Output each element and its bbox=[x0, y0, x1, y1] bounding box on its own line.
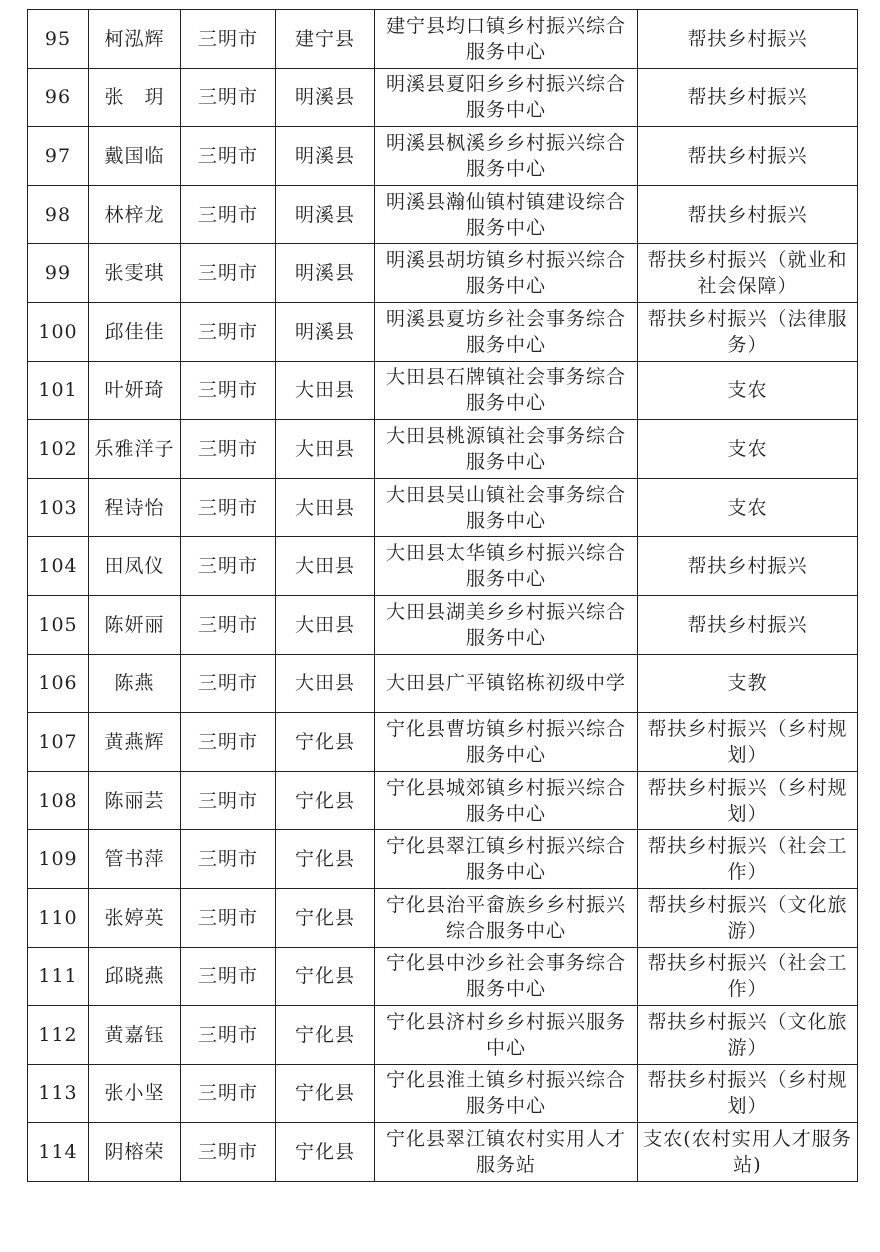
cell-city: 三明市 bbox=[181, 947, 276, 1006]
table-row: 106 陈燕 三明市 大田县 大田县广平镇铭栋初级中学 支教 bbox=[28, 654, 858, 713]
table-row: 97 戴国临 三明市 明溪县 明溪县枫溪乡乡村振兴综合服务中心 帮扶乡村振兴 bbox=[28, 127, 858, 186]
cell-service-unit: 大田县太华镇乡村振兴综合服务中心 bbox=[375, 537, 638, 596]
cell-service-unit: 大田县吴山镇社会事务综合服务中心 bbox=[375, 478, 638, 537]
cell-service-post: 帮扶乡村振兴（社会工作） bbox=[638, 830, 858, 889]
cell-service-post: 支农 bbox=[638, 478, 858, 537]
cell-service-unit: 宁化县治平畲族乡乡村振兴综合服务中心 bbox=[375, 888, 638, 947]
cell-serial-number: 104 bbox=[28, 537, 89, 596]
cell-service-post: 支农 bbox=[638, 361, 858, 420]
cell-service-post: 帮扶乡村振兴 bbox=[638, 595, 858, 654]
cell-county: 宁化县 bbox=[276, 713, 375, 772]
cell-name: 张雯琪 bbox=[89, 244, 181, 303]
cell-name: 陈妍丽 bbox=[89, 595, 181, 654]
table-row: 95 柯泓辉 三明市 建宁县 建宁县均口镇乡村振兴综合服务中心 帮扶乡村振兴 bbox=[28, 10, 858, 69]
table-row: 98 林梓龙 三明市 明溪县 明溪县瀚仙镇村镇建设综合服务中心 帮扶乡村振兴 bbox=[28, 185, 858, 244]
table-row: 109 管书萍 三明市 宁化县 宁化县翠江镇乡村振兴综合服务中心 帮扶乡村振兴（… bbox=[28, 830, 858, 889]
cell-serial-number: 98 bbox=[28, 185, 89, 244]
cell-city: 三明市 bbox=[181, 595, 276, 654]
cell-name: 叶妍琦 bbox=[89, 361, 181, 420]
cell-city: 三明市 bbox=[181, 420, 276, 479]
table-row: 114 阴榕荣 三明市 宁化县 宁化县翠江镇农村实用人才服务站 支农(农村实用人… bbox=[28, 1123, 858, 1182]
cell-service-unit: 明溪县夏阳乡乡村振兴综合服务中心 bbox=[375, 68, 638, 127]
cell-county: 明溪县 bbox=[276, 185, 375, 244]
cell-name: 阴榕荣 bbox=[89, 1123, 181, 1182]
cell-county: 大田县 bbox=[276, 361, 375, 420]
cell-serial-number: 114 bbox=[28, 1123, 89, 1182]
table-row: 102 乐雅洋子 三明市 大田县 大田县桃源镇社会事务综合服务中心 支农 bbox=[28, 420, 858, 479]
cell-county: 明溪县 bbox=[276, 302, 375, 361]
cell-service-unit: 建宁县均口镇乡村振兴综合服务中心 bbox=[375, 10, 638, 69]
cell-service-unit: 宁化县城郊镇乡村振兴综合服务中心 bbox=[375, 771, 638, 830]
table-row: 113 张小坚 三明市 宁化县 宁化县淮土镇乡村振兴综合服务中心 帮扶乡村振兴（… bbox=[28, 1064, 858, 1123]
cell-county: 宁化县 bbox=[276, 888, 375, 947]
cell-name: 程诗怡 bbox=[89, 478, 181, 537]
cell-city: 三明市 bbox=[181, 127, 276, 186]
cell-city: 三明市 bbox=[181, 1006, 276, 1065]
cell-service-unit: 宁化县济村乡乡村振兴服务中心 bbox=[375, 1006, 638, 1065]
cell-county: 宁化县 bbox=[276, 830, 375, 889]
cell-service-unit: 大田县石牌镇社会事务综合服务中心 bbox=[375, 361, 638, 420]
cell-serial-number: 111 bbox=[28, 947, 89, 1006]
cell-name: 张婷英 bbox=[89, 888, 181, 947]
cell-service-unit: 大田县桃源镇社会事务综合服务中心 bbox=[375, 420, 638, 479]
cell-service-post: 帮扶乡村振兴（法律服务） bbox=[638, 302, 858, 361]
cell-service-post: 帮扶乡村振兴（文化旅游） bbox=[638, 888, 858, 947]
cell-name: 黄嘉钰 bbox=[89, 1006, 181, 1065]
table-row: 111 邱晓燕 三明市 宁化县 宁化县中沙乡社会事务综合服务中心 帮扶乡村振兴（… bbox=[28, 947, 858, 1006]
cell-name: 黄燕辉 bbox=[89, 713, 181, 772]
cell-city: 三明市 bbox=[181, 537, 276, 596]
cell-service-unit: 宁化县翠江镇乡村振兴综合服务中心 bbox=[375, 830, 638, 889]
cell-serial-number: 95 bbox=[28, 10, 89, 69]
cell-serial-number: 107 bbox=[28, 713, 89, 772]
cell-service-post: 帮扶乡村振兴 bbox=[638, 185, 858, 244]
cell-city: 三明市 bbox=[181, 361, 276, 420]
cell-city: 三明市 bbox=[181, 1064, 276, 1123]
cell-name: 柯泓辉 bbox=[89, 10, 181, 69]
cell-serial-number: 110 bbox=[28, 888, 89, 947]
cell-name: 邱晓燕 bbox=[89, 947, 181, 1006]
cell-county: 宁化县 bbox=[276, 771, 375, 830]
cell-serial-number: 109 bbox=[28, 830, 89, 889]
cell-name: 陈丽芸 bbox=[89, 771, 181, 830]
cell-serial-number: 96 bbox=[28, 68, 89, 127]
cell-city: 三明市 bbox=[181, 888, 276, 947]
cell-name: 张小坚 bbox=[89, 1064, 181, 1123]
cell-service-unit: 宁化县翠江镇农村实用人才服务站 bbox=[375, 1123, 638, 1182]
table-row: 101 叶妍琦 三明市 大田县 大田县石牌镇社会事务综合服务中心 支农 bbox=[28, 361, 858, 420]
cell-service-unit: 明溪县枫溪乡乡村振兴综合服务中心 bbox=[375, 127, 638, 186]
cell-serial-number: 103 bbox=[28, 478, 89, 537]
cell-county: 宁化县 bbox=[276, 1123, 375, 1182]
cell-name: 乐雅洋子 bbox=[89, 420, 181, 479]
cell-name: 张 玥 bbox=[89, 68, 181, 127]
cell-service-post: 帮扶乡村振兴（文化旅游） bbox=[638, 1006, 858, 1065]
cell-city: 三明市 bbox=[181, 68, 276, 127]
cell-service-unit: 明溪县夏坊乡社会事务综合服务中心 bbox=[375, 302, 638, 361]
cell-city: 三明市 bbox=[181, 244, 276, 303]
cell-service-post: 支教 bbox=[638, 654, 858, 713]
cell-city: 三明市 bbox=[181, 713, 276, 772]
table-row: 110 张婷英 三明市 宁化县 宁化县治平畲族乡乡村振兴综合服务中心 帮扶乡村振… bbox=[28, 888, 858, 947]
table-row: 105 陈妍丽 三明市 大田县 大田县湖美乡乡村振兴综合服务中心 帮扶乡村振兴 bbox=[28, 595, 858, 654]
table-row: 100 邱佳佳 三明市 明溪县 明溪县夏坊乡社会事务综合服务中心 帮扶乡村振兴（… bbox=[28, 302, 858, 361]
cell-service-unit: 宁化县中沙乡社会事务综合服务中心 bbox=[375, 947, 638, 1006]
table-row: 96 张 玥 三明市 明溪县 明溪县夏阳乡乡村振兴综合服务中心 帮扶乡村振兴 bbox=[28, 68, 858, 127]
cell-serial-number: 99 bbox=[28, 244, 89, 303]
cell-service-post: 支农 bbox=[638, 420, 858, 479]
cell-name: 陈燕 bbox=[89, 654, 181, 713]
table-row: 103 程诗怡 三明市 大田县 大田县吴山镇社会事务综合服务中心 支农 bbox=[28, 478, 858, 537]
cell-service-post: 帮扶乡村振兴 bbox=[638, 68, 858, 127]
cell-county: 明溪县 bbox=[276, 127, 375, 186]
cell-county: 大田县 bbox=[276, 595, 375, 654]
cell-service-post: 帮扶乡村振兴（就业和社会保障） bbox=[638, 244, 858, 303]
cell-city: 三明市 bbox=[181, 771, 276, 830]
cell-county: 明溪县 bbox=[276, 68, 375, 127]
cell-serial-number: 108 bbox=[28, 771, 89, 830]
cell-service-post: 帮扶乡村振兴 bbox=[638, 10, 858, 69]
cell-name: 管书萍 bbox=[89, 830, 181, 889]
cell-service-post: 帮扶乡村振兴（乡村规划） bbox=[638, 1064, 858, 1123]
cell-service-post: 帮扶乡村振兴（乡村规划） bbox=[638, 713, 858, 772]
cell-county: 大田县 bbox=[276, 478, 375, 537]
cell-city: 三明市 bbox=[181, 10, 276, 69]
cell-name: 田凤仪 bbox=[89, 537, 181, 596]
cell-county: 明溪县 bbox=[276, 244, 375, 303]
cell-county: 大田县 bbox=[276, 420, 375, 479]
table-row: 104 田凤仪 三明市 大田县 大田县太华镇乡村振兴综合服务中心 帮扶乡村振兴 bbox=[28, 537, 858, 596]
cell-name: 邱佳佳 bbox=[89, 302, 181, 361]
cell-serial-number: 112 bbox=[28, 1006, 89, 1065]
cell-city: 三明市 bbox=[181, 302, 276, 361]
table-row: 108 陈丽芸 三明市 宁化县 宁化县城郊镇乡村振兴综合服务中心 帮扶乡村振兴（… bbox=[28, 771, 858, 830]
cell-serial-number: 113 bbox=[28, 1064, 89, 1123]
cell-service-unit: 大田县湖美乡乡村振兴综合服务中心 bbox=[375, 595, 638, 654]
cell-county: 宁化县 bbox=[276, 947, 375, 1006]
cell-service-post: 帮扶乡村振兴 bbox=[638, 127, 858, 186]
table-row: 107 黄燕辉 三明市 宁化县 宁化县曹坊镇乡村振兴综合服务中心 帮扶乡村振兴（… bbox=[28, 713, 858, 772]
cell-county: 大田县 bbox=[276, 654, 375, 713]
cell-serial-number: 106 bbox=[28, 654, 89, 713]
cell-service-unit: 宁化县曹坊镇乡村振兴综合服务中心 bbox=[375, 713, 638, 772]
cell-city: 三明市 bbox=[181, 654, 276, 713]
cell-serial-number: 101 bbox=[28, 361, 89, 420]
table-row: 99 张雯琪 三明市 明溪县 明溪县胡坊镇乡村振兴综合服务中心 帮扶乡村振兴（就… bbox=[28, 244, 858, 303]
cell-service-post: 帮扶乡村振兴 bbox=[638, 537, 858, 596]
cell-county: 建宁县 bbox=[276, 10, 375, 69]
cell-city: 三明市 bbox=[181, 1123, 276, 1182]
cell-service-post: 帮扶乡村振兴（社会工作） bbox=[638, 947, 858, 1006]
cell-county: 宁化县 bbox=[276, 1006, 375, 1065]
cell-service-unit: 明溪县瀚仙镇村镇建设综合服务中心 bbox=[375, 185, 638, 244]
cell-serial-number: 102 bbox=[28, 420, 89, 479]
cell-county: 宁化县 bbox=[276, 1064, 375, 1123]
cell-name: 林梓龙 bbox=[89, 185, 181, 244]
cell-serial-number: 100 bbox=[28, 302, 89, 361]
cell-service-unit: 宁化县淮土镇乡村振兴综合服务中心 bbox=[375, 1064, 638, 1123]
cell-county: 大田县 bbox=[276, 537, 375, 596]
roster-table: 95 柯泓辉 三明市 建宁县 建宁县均口镇乡村振兴综合服务中心 帮扶乡村振兴 9… bbox=[27, 9, 858, 1182]
cell-serial-number: 105 bbox=[28, 595, 89, 654]
cell-city: 三明市 bbox=[181, 185, 276, 244]
cell-service-unit: 大田县广平镇铭栋初级中学 bbox=[375, 654, 638, 713]
cell-serial-number: 97 bbox=[28, 127, 89, 186]
roster-body: 95 柯泓辉 三明市 建宁县 建宁县均口镇乡村振兴综合服务中心 帮扶乡村振兴 9… bbox=[28, 10, 858, 1182]
cell-service-post: 支农(农村实用人才服务站) bbox=[638, 1123, 858, 1182]
cell-service-post: 帮扶乡村振兴（乡村规划） bbox=[638, 771, 858, 830]
cell-service-unit: 明溪县胡坊镇乡村振兴综合服务中心 bbox=[375, 244, 638, 303]
cell-city: 三明市 bbox=[181, 830, 276, 889]
cell-city: 三明市 bbox=[181, 478, 276, 537]
cell-name: 戴国临 bbox=[89, 127, 181, 186]
table-row: 112 黄嘉钰 三明市 宁化县 宁化县济村乡乡村振兴服务中心 帮扶乡村振兴（文化… bbox=[28, 1006, 858, 1065]
